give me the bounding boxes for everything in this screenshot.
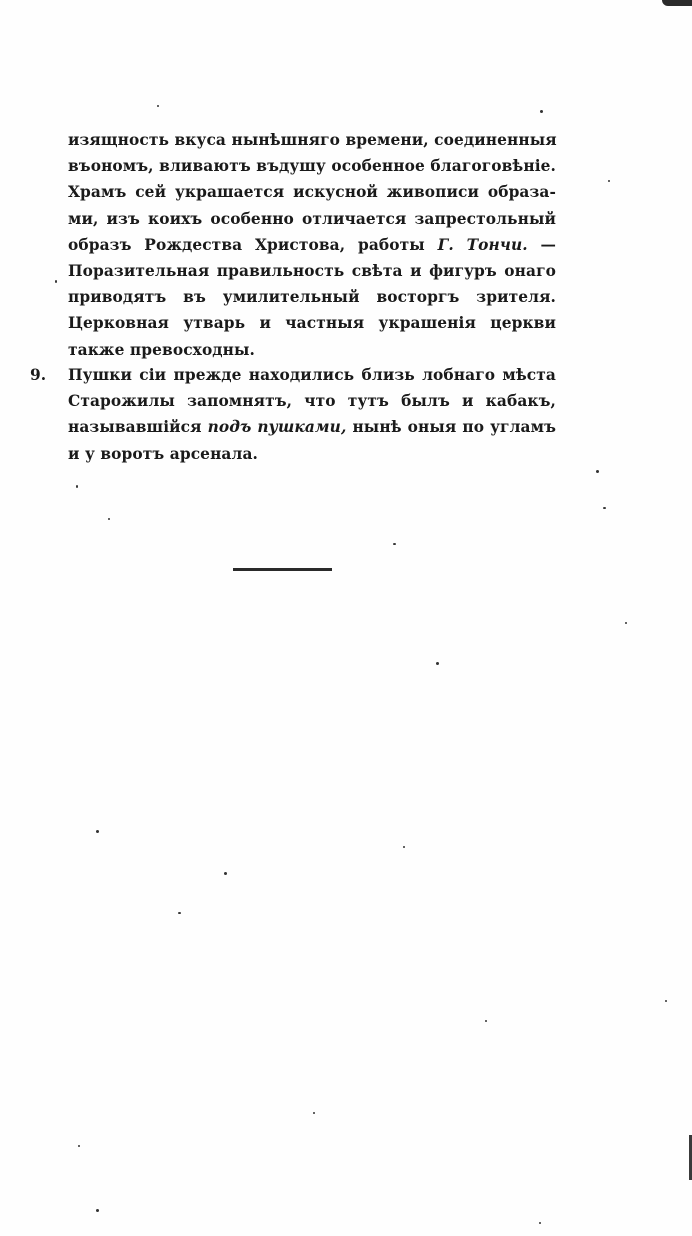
text-segment: образъ Рождества Христова, работы [68, 236, 425, 254]
footnote-number: 9. [30, 362, 46, 388]
scan-speck [540, 110, 543, 113]
scan-speck [96, 830, 99, 833]
text-line: приводятъ въ умилительный восторгъ зрите… [68, 284, 556, 310]
document-page: изящность вкуса нынѣшняго времени, соеди… [0, 0, 692, 1236]
scan-speck [78, 1145, 80, 1147]
scan-speck [96, 1209, 99, 1212]
text-line: Церковная утварь и частныя украшенія цер… [68, 310, 556, 336]
text-line: Пушки сіи прежде находились близь лобнаг… [68, 362, 556, 388]
scan-speck [539, 1222, 541, 1224]
place-name-italic: подъ пушками, [208, 418, 347, 436]
text-line: Старожилы запомнятъ, что тутъ былъ и каб… [68, 388, 556, 414]
section-separator-rule [233, 568, 332, 571]
scan-speck [108, 518, 110, 520]
text-segment: нынѣ оныя по угламъ [352, 418, 556, 436]
artist-name-italic: Г. Тончи. [438, 236, 528, 254]
page-edge-mark [662, 0, 692, 6]
text-line: называвшійся подъ пушками, нынѣ оныя по … [68, 414, 556, 440]
scan-speck [596, 470, 599, 473]
footnote-cannons: Пушки сіи прежде находились близь лобнаг… [68, 362, 556, 467]
scan-speck [76, 485, 78, 488]
scan-speck [625, 622, 627, 624]
scan-speck [485, 1020, 487, 1022]
scan-speck [224, 872, 227, 875]
scan-speck [603, 507, 606, 509]
scan-speck [393, 543, 396, 545]
text-line: образъ Рождества Христова, работы Г. Тон… [68, 232, 556, 258]
text-line: и у воротъ арсенала. [68, 441, 556, 467]
scan-speck [55, 280, 57, 283]
scan-speck [178, 912, 181, 914]
text-line: Храмъ сей украшается искусной живописи о… [68, 179, 556, 205]
scan-speck [403, 846, 405, 848]
scan-speck [608, 180, 610, 182]
paragraph-church-description: изящность вкуса нынѣшняго времени, соеди… [68, 127, 556, 363]
text-line: также превосходны. [68, 337, 556, 363]
scan-speck [665, 1000, 667, 1002]
text-line: изящность вкуса нынѣшняго времени, соеди… [68, 127, 556, 153]
scan-speck [313, 1112, 315, 1114]
text-line: Поразительная правильность свѣта и фигур… [68, 258, 556, 284]
scan-speck [157, 105, 159, 107]
text-line: въономъ, вливаютъ въдушу особенное благо… [68, 153, 556, 179]
em-dash: — [541, 236, 557, 254]
scan-speck [436, 662, 439, 665]
text-line: ми, изъ коихъ особенно отличается запрес… [68, 206, 556, 232]
text-segment: называвшійся [68, 418, 202, 436]
